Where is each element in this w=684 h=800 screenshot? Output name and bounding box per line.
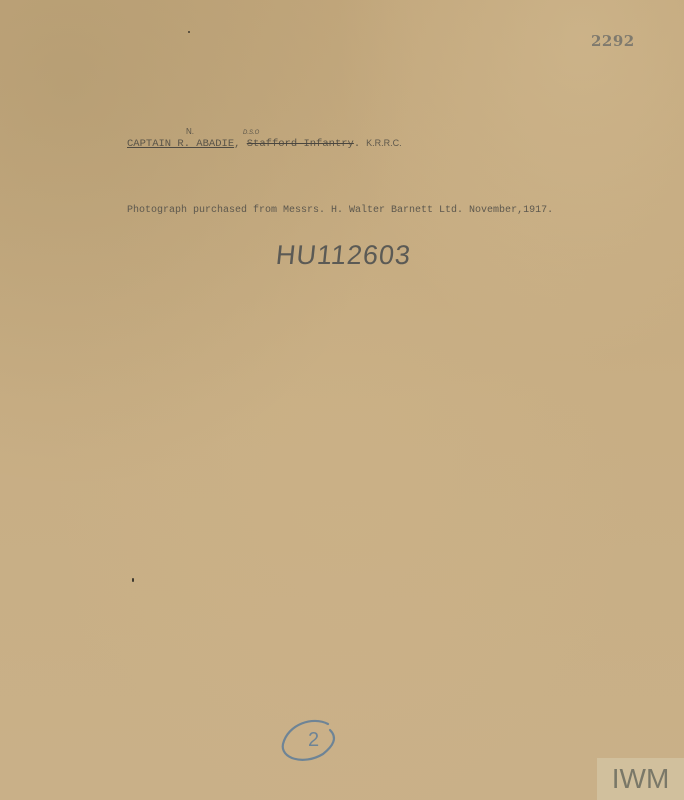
circled-number-mark: 2 — [278, 716, 342, 766]
paper-speck — [188, 31, 190, 33]
provenance-note: Photograph purchased from Messrs. H. Wal… — [127, 205, 553, 216]
subject-name: CAPTAIN R. ABADIE — [127, 138, 234, 150]
circled-mark-digit: 2 — [308, 729, 319, 751]
annotation-initial: N. — [186, 127, 194, 136]
struck-unit: Stafford Infantry — [247, 138, 354, 150]
subject-title-line: CAPTAIN R. ABADIE, Stafford Infantry.K.R… — [127, 138, 402, 150]
iwm-watermark: IWM — [597, 758, 684, 800]
reference-number: 2292 — [591, 32, 635, 50]
archive-document-page: 2292 N. D.S.O CAPTAIN R. ABADIE, Staffor… — [0, 0, 684, 800]
title-period: . — [354, 138, 360, 150]
catalog-number: HU112603 — [274, 240, 412, 271]
title-separator: , — [234, 138, 247, 150]
handwritten-unit: K.R.R.C. — [366, 138, 402, 148]
paper-speck — [132, 578, 134, 582]
annotation-honour: D.S.O — [243, 130, 259, 136]
